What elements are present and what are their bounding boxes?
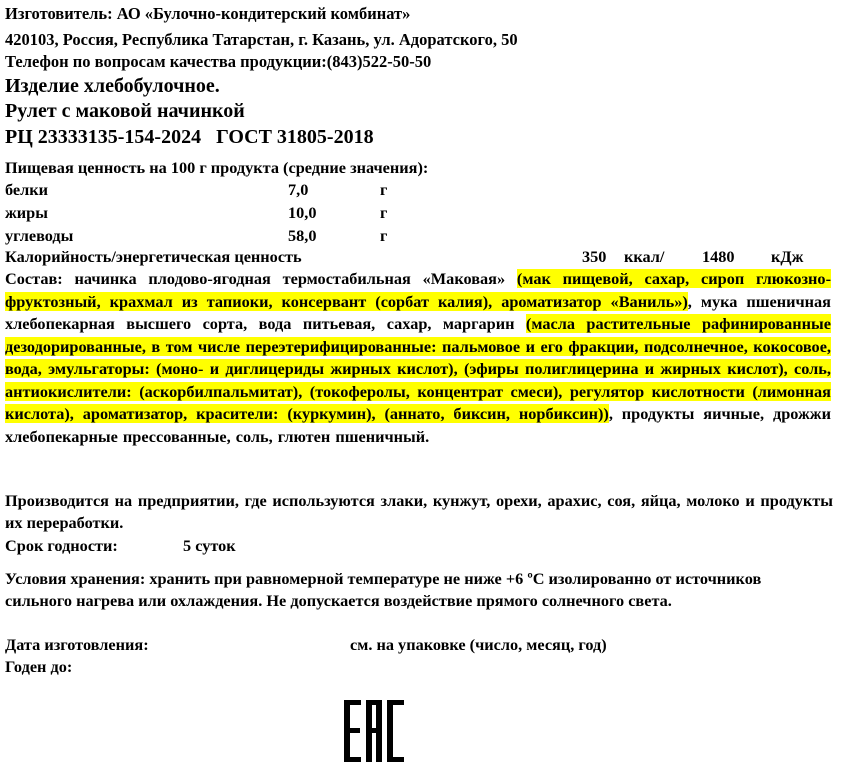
nutrient-value: 7,0 xyxy=(288,180,308,200)
composition-text: Состав: начинка плодово-ягодная термоста… xyxy=(5,269,517,288)
best-before-label: Годен до: xyxy=(5,657,72,676)
shelf-life-row: Срок годности: 5 суток xyxy=(5,536,118,556)
nutrient-unit: г xyxy=(380,203,387,223)
eac-mark-icon xyxy=(344,700,404,762)
nutrient-name: жиры xyxy=(5,203,48,223)
manufacture-date-label: Дата изготовления: xyxy=(5,635,149,654)
kcal-unit: ккал/ xyxy=(624,247,664,267)
composition-paragraph: Состав: начинка плодово-ягодная термоста… xyxy=(5,268,831,448)
manufacture-date-row: Дата изготовления: см. на упаковке (числ… xyxy=(5,635,835,655)
nutrient-unit: г xyxy=(380,226,387,246)
kj-unit: кДж xyxy=(771,247,803,267)
allergen-notice: Производится на предприятии, где использ… xyxy=(5,490,833,534)
manufacture-date-value: см. на упаковке (число, месяц, год) xyxy=(350,635,607,655)
nutrient-name: углеводы xyxy=(5,226,73,246)
manufacturer-address: 420103, Россия, Республика Татарстан, г.… xyxy=(5,30,518,50)
storage-conditions: Условия хранения: хранить при равномерно… xyxy=(5,568,805,612)
product-category: Изделие хлебобулочное. xyxy=(5,75,220,98)
energy-label: Калорийность/энергетическая ценность xyxy=(5,247,302,267)
product-standards: РЦ 23333135-154-2024 ГОСТ 31805-2018 xyxy=(5,126,374,149)
quality-phone: Телефон по вопросам качества продукции:(… xyxy=(5,52,431,72)
nutrient-value: 58,0 xyxy=(288,226,317,246)
kj-value: 1480 xyxy=(702,247,735,267)
nutrition-heading: Пищевая ценность на 100 г продукта (сред… xyxy=(5,158,428,178)
product-name: Рулет с маковой начинкой xyxy=(5,100,245,123)
shelf-life-label: Срок годности: xyxy=(5,536,118,555)
kcal-value: 350 xyxy=(582,247,606,267)
nutrient-name: белки xyxy=(5,180,48,200)
nutrient-value: 10,0 xyxy=(288,203,317,223)
shelf-life-value: 5 суток xyxy=(183,536,236,556)
nutrient-unit: г xyxy=(380,180,387,200)
best-before-row: Годен до: xyxy=(5,657,72,677)
manufacturer-name: Изготовитель: АО «Булочно-кондитерский к… xyxy=(5,4,410,24)
